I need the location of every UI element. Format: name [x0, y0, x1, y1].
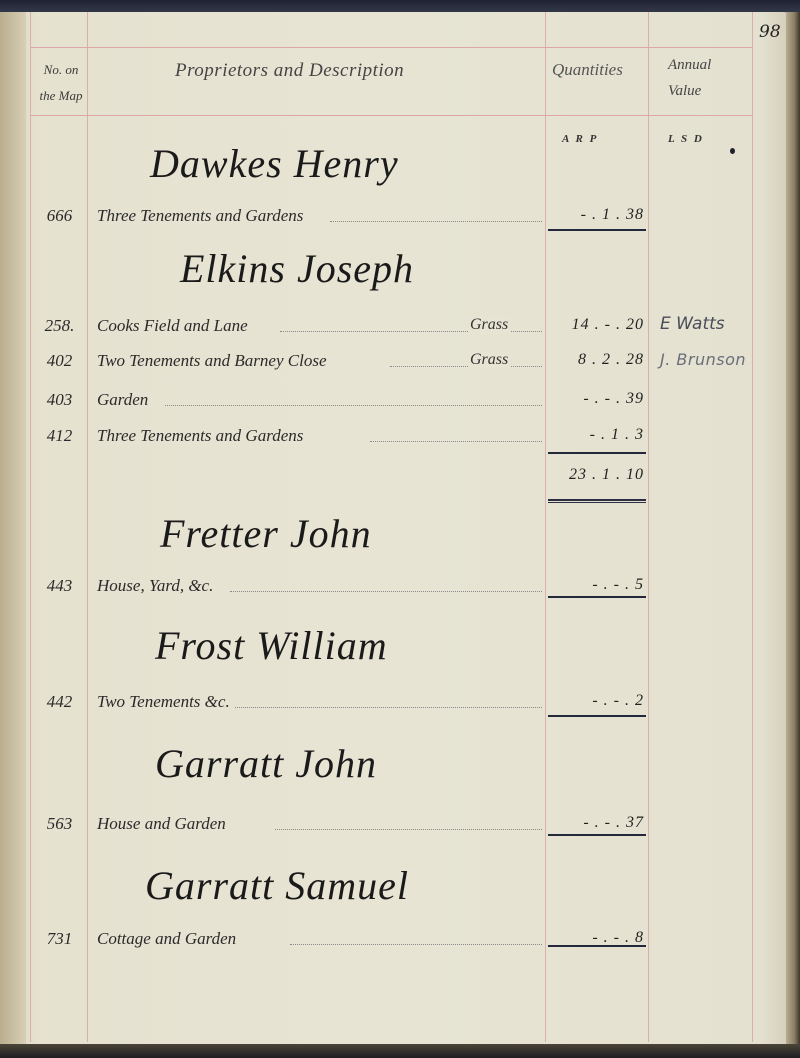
- description: Three Tenements and Gardens: [97, 426, 303, 446]
- ink-blot: [730, 148, 735, 154]
- description: House, Yard, &c.: [97, 576, 213, 596]
- quantity: 8 . 2 . 28: [548, 351, 644, 369]
- quantity-units: A R P: [562, 133, 598, 145]
- ruling-header-top: [30, 47, 752, 48]
- ruling-left-margin: [30, 12, 31, 1042]
- quantity: - . - . 39: [548, 390, 644, 408]
- map-number: 443: [32, 576, 87, 596]
- table-row: 403 Garden - . - . 39: [30, 390, 650, 416]
- description: Garden: [97, 390, 148, 410]
- description: Cooks Field and Lane: [97, 316, 248, 336]
- map-number: 563: [32, 814, 87, 834]
- proprietor-name: Garratt John: [155, 740, 377, 787]
- table-row: 258. Cooks Field and Lane Grass 14 . - .…: [30, 316, 650, 342]
- subtotal-rule: [548, 452, 646, 454]
- subtotal-rule: [548, 834, 646, 836]
- ruling-quantities-left: [545, 12, 546, 1042]
- table-row: 412 Three Tenements and Gardens - . 1 . …: [30, 426, 650, 452]
- table-row: 563 House and Garden - . - . 37: [30, 814, 650, 840]
- leader-dots: [230, 591, 542, 592]
- leader-dots: [235, 707, 542, 708]
- header-map-number-line2: the Map: [36, 83, 86, 109]
- value-units: L S D: [668, 133, 704, 145]
- description: Two Tenements &c.: [97, 692, 230, 712]
- page-edge: [786, 12, 800, 1046]
- map-number: 258.: [32, 316, 87, 336]
- description: House and Garden: [97, 814, 226, 834]
- land-use: Grass: [468, 316, 510, 334]
- proprietor-name: Elkins Joseph: [180, 245, 414, 292]
- book-binding-bottom: [0, 1044, 800, 1058]
- page-number: 98: [759, 22, 781, 42]
- leader-dots: [390, 366, 542, 367]
- map-number: 731: [32, 929, 87, 949]
- ruling-header-bottom: [30, 115, 752, 116]
- map-number: 403: [32, 390, 87, 410]
- header-proprietors: Proprietors and Description: [175, 60, 404, 82]
- proprietor-name: Garratt Samuel: [145, 862, 409, 909]
- table-row: 402 Two Tenements and Barney Close Grass…: [30, 351, 650, 377]
- quantity: 14 . - . 20: [548, 316, 644, 334]
- subtotal-rule: [548, 596, 646, 598]
- pencil-annotation: J. Brunson: [660, 350, 746, 369]
- pencil-annotation: E Watts: [660, 314, 725, 334]
- header-annual-value-line2: Value: [668, 78, 711, 104]
- leader-dots: [370, 441, 542, 442]
- quantity: - . 1 . 38: [548, 206, 644, 224]
- map-number: 412: [32, 426, 87, 446]
- subtotal-rule: [548, 945, 646, 947]
- total-double-rule: [548, 499, 646, 503]
- map-number: 666: [32, 206, 87, 226]
- header-annual-value: Annual Value: [668, 52, 711, 104]
- quantity: - . 1 . 3: [548, 426, 644, 444]
- description: Two Tenements and Barney Close: [97, 351, 327, 371]
- proprietor-name: Dawkes Henry: [150, 140, 399, 187]
- quantity: - . - . 37: [548, 814, 644, 832]
- map-number: 442: [32, 692, 87, 712]
- table-row: 443 House, Yard, &c. - . - . 5: [30, 576, 650, 602]
- proprietor-total: 23 . 1 . 10: [548, 466, 644, 484]
- quantity: - . - . 2: [548, 692, 644, 710]
- quantity: - . - . 5: [548, 576, 644, 594]
- leader-dots: [165, 405, 542, 406]
- subtotal-rule: [548, 715, 646, 717]
- page-gutter: [0, 12, 26, 1046]
- leader-dots: [330, 221, 542, 222]
- proprietor-name: Frost William: [155, 622, 388, 669]
- subtotal-rule: [548, 229, 646, 231]
- leader-dots: [275, 829, 542, 830]
- land-use: Grass: [468, 351, 510, 369]
- header-map-number: No. on the Map: [36, 57, 86, 109]
- header-map-number-line1: No. on: [36, 57, 86, 83]
- description: Three Tenements and Gardens: [97, 206, 303, 226]
- leader-dots: [290, 944, 542, 945]
- map-number: 402: [32, 351, 87, 371]
- ruling-value-right: [752, 12, 753, 1042]
- proprietor-name: Fretter John: [160, 510, 372, 557]
- ruling-map-no-column: [87, 12, 88, 1042]
- description: Cottage and Garden: [97, 929, 236, 949]
- header-quantities: Quantities: [552, 60, 623, 80]
- ruling-quantities-right: [648, 12, 649, 1042]
- header-annual-value-line1: Annual: [668, 52, 711, 78]
- table-row: 731 Cottage and Garden - . - . 8: [30, 929, 650, 955]
